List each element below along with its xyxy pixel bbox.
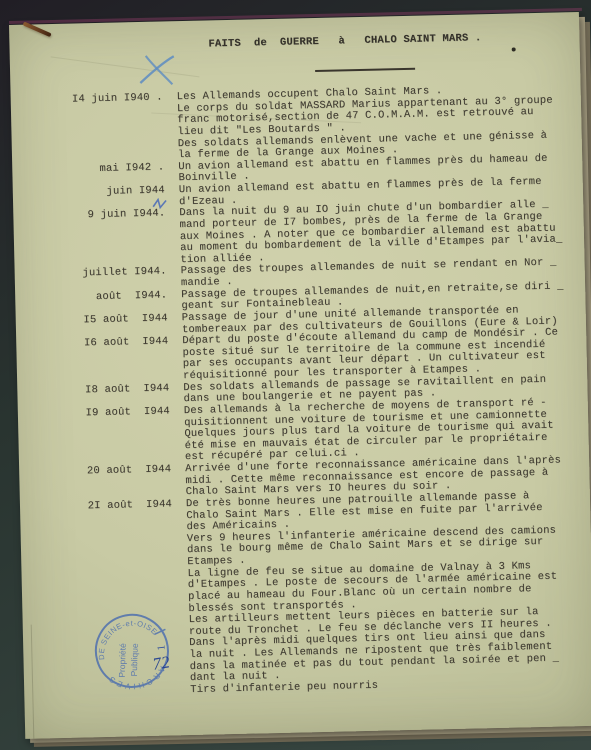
entry-date: I4 juin I940 . [53,93,165,165]
staple-rust-mark [23,22,52,38]
entry-text: De très bonne heures une patrouille alle… [186,491,560,697]
crease-line [51,56,200,77]
entry-text: Les Allemands occupent Chalo Saint Mars … [177,84,554,162]
crease-line [31,625,35,739]
stamp-inner-text-1: Propriété [117,643,128,678]
title-underline [315,68,415,72]
entry-date: 9 juin I944. [55,209,166,270]
entry-date: 20 août I944 [61,464,172,501]
entry-date: I9 août I944 [60,406,171,467]
handwritten-figure: 1 [155,644,167,651]
pen-correction-mark [151,197,169,209]
handwritten-number: 72 [151,652,171,674]
stamp-inner-text-2: Publique [129,643,140,677]
entry-row: I4 juin I940 .Les Allemands occupent Cha… [53,83,561,164]
document-page: FAITS de GUERRE à CHALO SAINT MARS . I4 … [9,12,591,739]
entry-text: Des allemands à la recherche de moyens d… [184,398,555,465]
entry-text: Dans la nuit du 9 au IO juin chute d'un … [179,200,563,267]
pen-x-mark [138,53,177,88]
photo-background: FAITS de GUERRE à CHALO SAINT MARS . I4 … [0,0,591,750]
entry-date: juillet I944. [57,267,168,293]
page-title: FAITS de GUERRE à CHALO SAINT MARS . [208,32,481,51]
entry-date: I6 août I944 [58,337,169,386]
ink-speck [512,47,516,51]
